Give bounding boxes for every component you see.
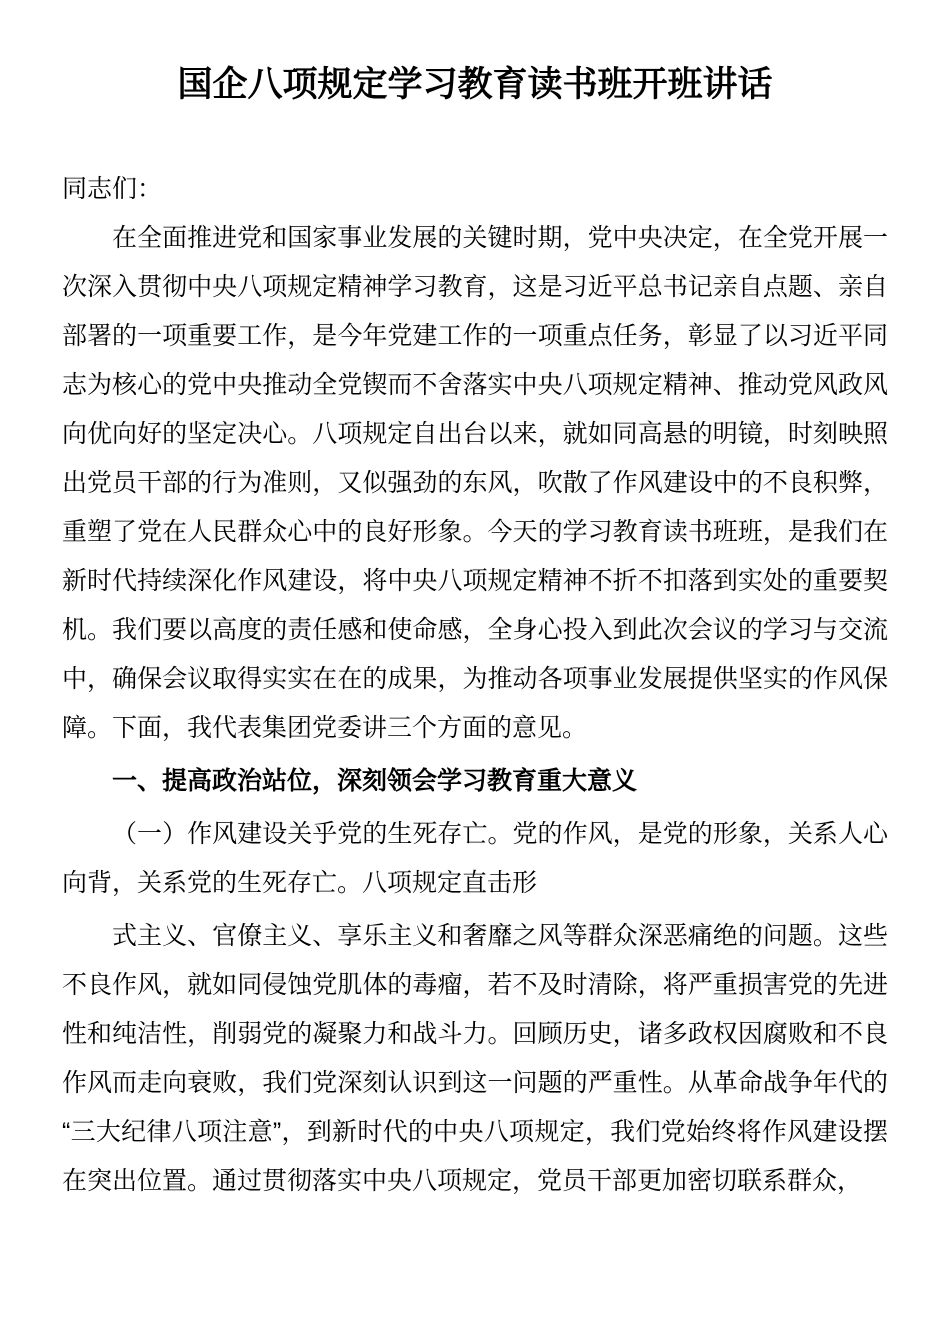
paragraph-intro: 在全面推进党和国家事业发展的关键时期，党中央决定，在全党开展一次深入贯彻中央八项… (62, 214, 888, 753)
document-title: 国企八项规定学习教育读书班开班讲话 (62, 60, 888, 109)
paragraph-salutation: 同志们： (62, 165, 888, 214)
document-page: 国企八项规定学习教育读书班开班讲话 同志们： 在全面推进党和国家事业发展的关键时… (0, 0, 950, 1344)
paragraph-section1-part1: （一）作风建设关乎党的生死存亡。党的作风，是党的形象，关系人心向背，关系党的生死… (62, 810, 888, 908)
section-heading-1: 一、提高政治站位，深刻领会学习教育重大意义 (62, 757, 888, 806)
paragraph-section1-part2: 式主义、官僚主义、享乐主义和奢靡之风等群众深恶痛绝的问题。这些不良作风，就如同侵… (62, 912, 888, 1206)
